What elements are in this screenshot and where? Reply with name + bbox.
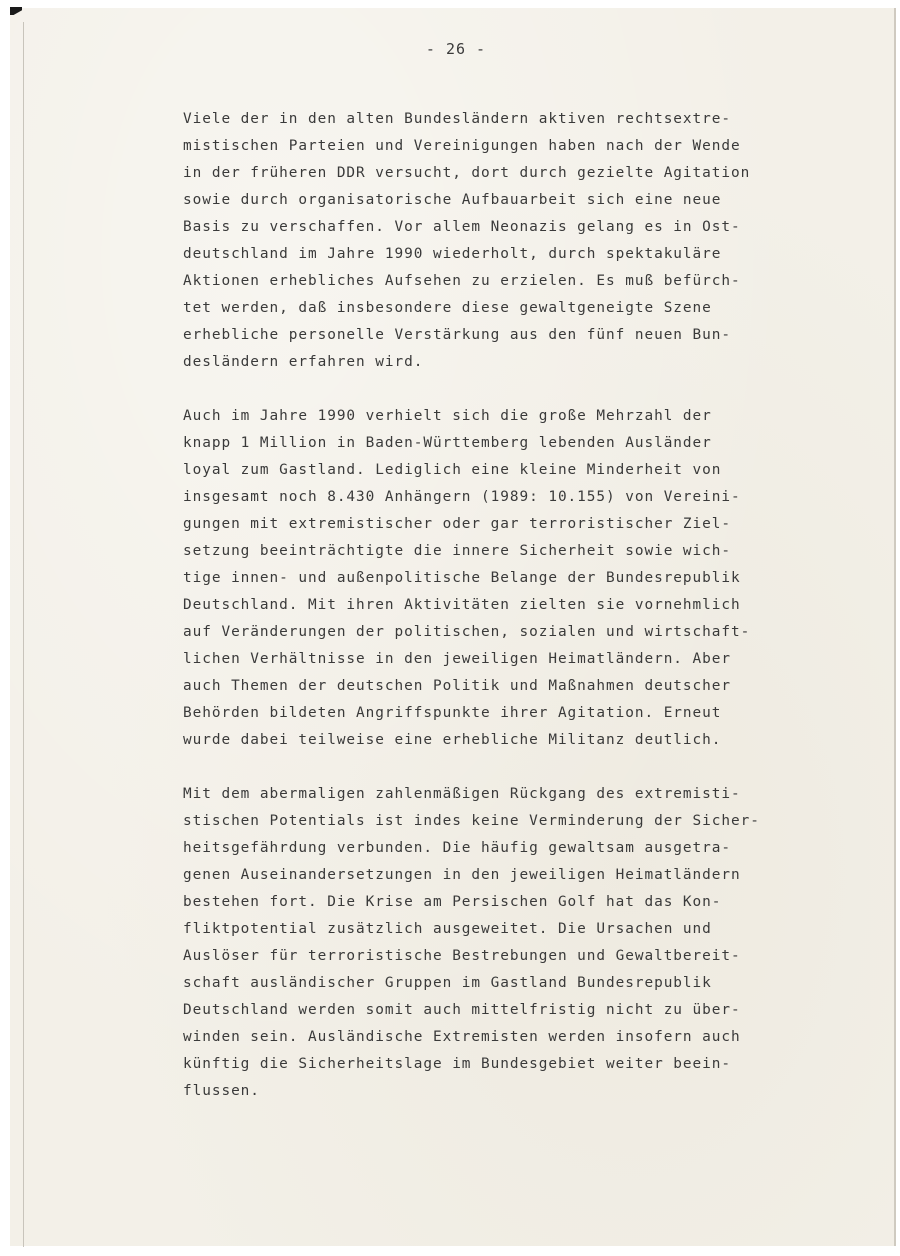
- paragraph-foreign-extremism: Auch im Jahre 1990 verhielt sich die gro…: [183, 403, 843, 754]
- text-line: Behörden bildeten Angriffspunkte ihrer A…: [183, 700, 843, 727]
- text-line: knapp 1 Million in Baden-Württemberg leb…: [183, 430, 843, 457]
- text-line: Viele der in den alten Bundesländern akt…: [183, 106, 843, 133]
- body-text: Viele der in den alten Bundesländern akt…: [183, 106, 843, 1132]
- text-line: lichen Verhältnisse in den jeweiligen He…: [183, 646, 843, 673]
- text-line: deutschland im Jahre 1990 wiederholt, du…: [183, 241, 843, 268]
- text-line: loyal zum Gastland. Lediglich eine klein…: [183, 457, 843, 484]
- text-line: in der früheren DDR versucht, dort durch…: [183, 160, 843, 187]
- text-line: Aktionen erhebliches Aufsehen zu erziele…: [183, 268, 843, 295]
- page-fold-line: [23, 22, 24, 1247]
- text-line: winden sein. Ausländische Extremisten we…: [183, 1024, 843, 1051]
- text-line: setzung beeinträchtigte die innere Siche…: [183, 538, 843, 565]
- paragraph-right-wing-extremism: Viele der in den alten Bundesländern akt…: [183, 106, 843, 376]
- text-line: wurde dabei teilweise eine erhebliche Mi…: [183, 727, 843, 754]
- text-line: künftig die Sicherheitslage im Bundesgeb…: [183, 1051, 843, 1078]
- text-line: Deutschland werden somit auch mittelfris…: [183, 997, 843, 1024]
- text-line: schaft ausländischer Gruppen im Gastland…: [183, 970, 843, 997]
- text-line: Basis zu verschaffen. Vor allem Neonazis…: [183, 214, 843, 241]
- text-line: sowie durch organisatorische Aufbauarbei…: [183, 187, 843, 214]
- text-line: stischen Potentials ist indes keine Verm…: [183, 808, 843, 835]
- text-line: Auslöser für terroristische Bestrebungen…: [183, 943, 843, 970]
- paragraph-security-outlook: Mit dem abermaligen zahlenmäßigen Rückga…: [183, 781, 843, 1105]
- text-line: heitsgefährdung verbunden. Die häufig ge…: [183, 835, 843, 862]
- text-line: tige innen- und außenpolitische Belange …: [183, 565, 843, 592]
- text-line: gungen mit extremistischer oder gar terr…: [183, 511, 843, 538]
- text-line: Auch im Jahre 1990 verhielt sich die gro…: [183, 403, 843, 430]
- text-line: flussen.: [183, 1078, 843, 1105]
- text-line: desländern erfahren wird.: [183, 349, 843, 376]
- text-line: fliktpotential zusätzlich ausgeweitet. D…: [183, 916, 843, 943]
- text-line: auf Veränderungen der politischen, sozia…: [183, 619, 843, 646]
- text-line: erhebliche personelle Verstärkung aus de…: [183, 322, 843, 349]
- text-line: auch Themen der deutschen Politik und Ma…: [183, 673, 843, 700]
- text-line: insgesamt noch 8.430 Anhängern (1989: 10…: [183, 484, 843, 511]
- text-line: mistischen Parteien und Vereinigungen ha…: [183, 133, 843, 160]
- text-line: tet werden, daß insbesondere diese gewal…: [183, 295, 843, 322]
- scanned-page: - 26 - Viele der in den alten Bundesländ…: [10, 8, 896, 1246]
- text-line: bestehen fort. Die Krise am Persischen G…: [183, 889, 843, 916]
- text-line: Mit dem abermaligen zahlenmäßigen Rückga…: [183, 781, 843, 808]
- page-number: - 26 -: [14, 40, 898, 58]
- text-line: Deutschland. Mit ihren Aktivitäten zielt…: [183, 592, 843, 619]
- text-line: genen Auseinandersetzungen in den jeweil…: [183, 862, 843, 889]
